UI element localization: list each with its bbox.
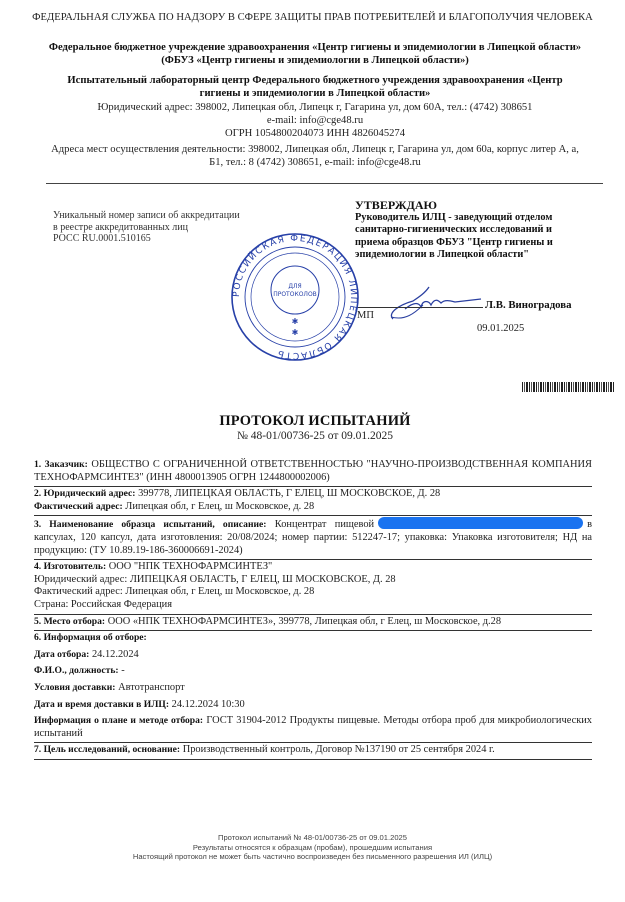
section-customer: 1. Заказчик: ОБЩЕСТВО С ОГРАНИЧЕННОЙ ОТВ… — [34, 458, 592, 487]
section-sample: 3. Наименование образца испытаний, описа… — [34, 515, 592, 560]
sample-value-start: Концентрат пищевой — [275, 519, 374, 530]
footer-line-2: Результаты относятся к образцам (пробам)… — [60, 843, 565, 853]
protocol-title: ПРОТОКОЛ ИСПЫТАНИЙ — [150, 413, 480, 430]
manufacturer-label: 4. Изготовитель: — [34, 561, 106, 572]
lab-contacts: Юридический адрес: 398002, Липецкая обл,… — [30, 101, 600, 141]
sampler-value: - — [121, 665, 124, 676]
ogrn-inn: ОГРН 1054800204073 ИНН 4826045274 — [30, 127, 600, 140]
purpose-label: 7. Цель исследований, основание: — [34, 744, 180, 755]
delivery-time-label: Дата и время доставки в ИЛЦ: — [34, 699, 169, 710]
section-sampling-place: 5. Место отбора: ООО «НПК ТЕХНОФАРМСИНТЕ… — [34, 615, 592, 632]
page-footer: Протокол испытаний № 48-01/00736-25 от 0… — [60, 833, 565, 862]
lab-email: e-mail: info@cge48.ru — [30, 114, 600, 127]
signature-icon — [385, 283, 485, 323]
sampling-plan-label: Информация о плане и методе отбора: — [34, 715, 203, 726]
section-customer-address: 2. Юридический адрес: 399778, ЛИПЕЦКАЯ О… — [34, 487, 592, 515]
institution-name: Федеральное бюджетное учреждение здравоо… — [20, 41, 610, 67]
delivery-time-value: 24.12.2024 10:30 — [172, 699, 245, 710]
delivery-conditions-label: Условия доставки: — [34, 682, 115, 693]
customer-label: 1. Заказчик: — [34, 459, 88, 470]
actual-address-label: Фактический адрес: — [34, 501, 123, 512]
manufacturer-legal-address: Юридический адрес: ЛИПЕЦКАЯ ОБЛАСТЬ, Г Е… — [34, 574, 592, 587]
stamp-inner-line-1: ДЛЯ — [288, 283, 301, 290]
official-stamp-icon: РОССИЙСКАЯ ФЕДЕРАЦИЯ ЛИПЕЦКАЯ ОБЛАСТЬ ДЛ… — [230, 232, 360, 362]
signatory-name: Л.В. Виноградова — [485, 299, 572, 311]
lab-line-1: Испытательный лабораторный центр Федерал… — [30, 74, 600, 87]
approval-date: 09.01.2025 — [477, 323, 524, 334]
approval-line-3: приема образцов ФБУЗ "Центр гигиены и — [355, 237, 615, 249]
sampling-place-value: ООО «НПК ТЕХНОФАРМСИНТЕЗ», 399778, Липец… — [108, 616, 501, 627]
institution-line-2: (ФБУЗ «Центр гигиены и эпидемиологии в Л… — [20, 54, 610, 67]
sampler-label: Ф.И.О., должность: — [34, 665, 119, 676]
purpose-value: Производственный контроль, Договор №1371… — [183, 744, 495, 755]
signature-line — [356, 307, 483, 308]
protocol-sections: 1. Заказчик: ОБЩЕСТВО С ОГРАНИЧЕННОЙ ОТВ… — [34, 458, 592, 760]
manufacturer-actual-address: Фактический адрес: Липецкая обл, г Елец,… — [34, 586, 592, 599]
legal-address-label: 2. Юридический адрес: — [34, 488, 135, 499]
agency-name: ФЕДЕРАЛЬНАЯ СЛУЖБА ПО НАДЗОРУ В СФЕРЕ ЗА… — [20, 12, 605, 25]
approval-title: УТВЕРЖДАЮ — [355, 199, 615, 211]
footer-line-1: Протокол испытаний № 48-01/00736-25 от 0… — [60, 833, 565, 843]
legal-address: Юридический адрес: 398002, Липецкая обл,… — [30, 101, 600, 114]
section-purpose: 7. Цель исследований, основание: Произво… — [34, 743, 592, 760]
customer-value: ОБЩЕСТВО С ОГРАНИЧЕННОЙ ОТВЕТСТВЕННОСТЬЮ… — [34, 459, 592, 483]
manufacturer-country: Страна: Российская Федерация — [34, 599, 592, 612]
approval-block: УТВЕРЖДАЮ Руководитель ИЛЦ - заведующий … — [355, 199, 615, 261]
approval-line-4: эпидемиологии в Липецкой области" — [355, 249, 615, 261]
stamp-inner-line-2: ПРОТОКОЛОВ — [273, 291, 317, 298]
svg-text:✱: ✱ — [292, 317, 299, 326]
sampling-place-label: 5. Место отбора: — [34, 616, 105, 627]
barcode — [522, 382, 615, 392]
protocol-number: № 48-01/00736-25 от 09.01.2025 — [150, 430, 480, 442]
institution-line-1: Федеральное бюджетное учреждение здравоо… — [20, 41, 610, 54]
sampling-date-label: Дата отбора: — [34, 649, 89, 660]
legal-address-value: 399778, ЛИПЕЦКАЯ ОБЛАСТЬ, Г ЕЛЕЦ, Ш МОСК… — [138, 488, 440, 499]
activity-addresses: Адреса мест осуществления деятельности: … — [20, 143, 610, 169]
delivery-conditions-value: Автотранспорт — [118, 682, 185, 693]
section-manufacturer: 4. Изготовитель: ООО "НПК ТЕХНОФАРМСИНТЕ… — [34, 560, 592, 614]
manufacturer-value: ООО "НПК ТЕХНОФАРМСИНТЕЗ" — [109, 561, 273, 572]
approval-line-2: санитарно-гигиенических исследований и — [355, 224, 615, 236]
redaction-bar — [378, 517, 583, 529]
svg-text:✱: ✱ — [292, 328, 299, 337]
sampling-info-label: 6. Информация об отборе: — [34, 632, 592, 645]
approval-line-1: Руководитель ИЛЦ - заведующий отделом — [355, 212, 615, 224]
accreditation-line-1: Уникальный номер записи об аккредитации — [53, 210, 293, 222]
activity-address-line-1: Адреса мест осуществления деятельности: … — [20, 143, 610, 156]
activity-address-line-2: Б1, тел.: 8 (4742) 308651, e-mail: info@… — [20, 156, 610, 169]
lab-line-2: гигиены и эпидемиологии в Липецкой облас… — [30, 87, 600, 100]
header-divider — [46, 183, 603, 184]
footer-line-3: Настоящий протокол не может быть частичн… — [60, 852, 565, 862]
sample-label: 3. Наименование образца испытаний, описа… — [34, 519, 266, 530]
section-sampling-info: 6. Информация об отборе: Дата отбора: 24… — [34, 631, 592, 743]
sampling-date-value: 24.12.2024 — [92, 649, 139, 660]
lab-name: Испытательный лабораторный центр Федерал… — [30, 74, 600, 100]
actual-address-value: Липецкая обл, г Елец, ш Московское, д. 2… — [125, 501, 314, 512]
